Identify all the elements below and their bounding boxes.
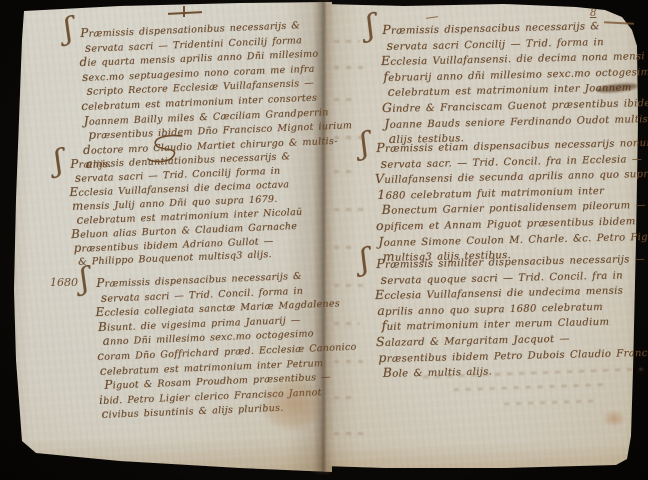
bleed-through-line (334, 284, 366, 287)
register-entry: ʃ Præmissis denuntiationibus necessarijs… (70, 149, 304, 269)
bleed-through-line (334, 136, 364, 139)
bleed-through-line (334, 170, 358, 173)
cross-mark-horizontal (168, 11, 202, 14)
bleed-through-line (334, 246, 356, 249)
bleed-through-line (504, 399, 594, 405)
margin-year: 1680 (50, 276, 78, 289)
bleed-through-text (393, 368, 645, 427)
register-entry: ʃ Præmissis similiter dispensacibus nece… (376, 250, 648, 381)
cross-mark-vertical (183, 6, 185, 17)
bleed-through-line (334, 322, 360, 325)
cross-mark (168, 6, 202, 18)
bleed-through-line (334, 66, 368, 69)
bleed-through-line (334, 360, 368, 363)
ink-stain (262, 378, 322, 430)
bleed-through-line (334, 208, 370, 211)
bleed-through-column (334, 40, 378, 460)
register-entry: ʃ Præmissis etiam dispensacibus necessar… (376, 134, 648, 265)
paragraph-flourish: ʃ (365, 19, 376, 34)
bleed-through-line (334, 98, 354, 101)
bleed-through-line (454, 383, 604, 391)
register-entry: ʃ Præmissis dispensacibus necessarijs &s… (382, 16, 648, 147)
bleed-through-line (334, 432, 364, 435)
bleed-through-line (334, 40, 360, 43)
manuscript-scan: ʃ Præmissis dispensationibus necessarijs… (0, 0, 648, 480)
register-entry: ʃ Præmissis dispensationibus necessarijs… (80, 16, 354, 173)
bleed-through-line (334, 396, 356, 399)
